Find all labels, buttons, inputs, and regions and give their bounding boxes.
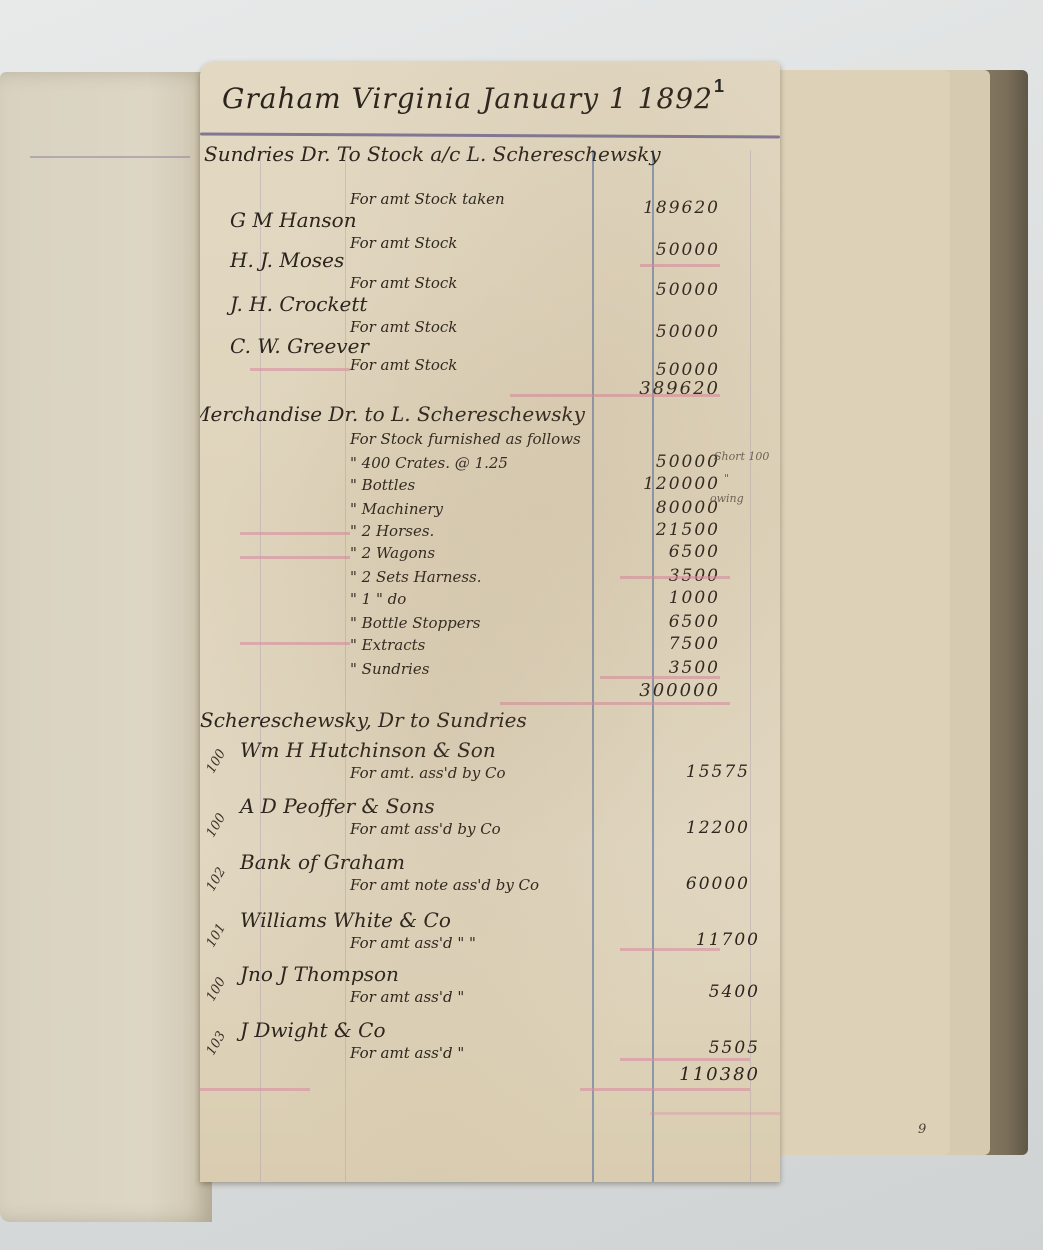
entry-amount: 15575 <box>630 762 750 782</box>
red-rule <box>510 394 720 397</box>
entry-name: H. J. Moses <box>230 248 344 272</box>
red-rule <box>620 948 720 951</box>
red-rule <box>640 264 720 267</box>
entry-desc: For amt Stock <box>350 356 457 374</box>
item-desc: " 400 Crates. @ 1.25 <box>350 454 508 472</box>
margin-rule <box>750 150 751 1182</box>
entry-name: J Dwight & Co <box>240 1018 386 1042</box>
entry-desc: For amt note ass'd by Co <box>350 876 539 894</box>
red-rule <box>240 556 350 559</box>
page-heading: Graham Virginia January 1 1892 <box>222 82 713 115</box>
entry-amount: 50000 <box>600 240 720 260</box>
entry-amount: 50000 <box>600 280 720 300</box>
red-rule <box>620 576 730 579</box>
red-rule <box>600 676 720 679</box>
entry-name: C. W. Greever <box>230 334 369 358</box>
column-rule-dollars <box>592 150 594 1182</box>
entry-name: Wm H Hutchinson & Son <box>240 738 496 762</box>
ledger-page: Graham Virginia January 1 1892 1 Sundrie… <box>200 62 780 1182</box>
red-rule <box>580 1088 750 1091</box>
entry-desc: For amt Stock <box>350 234 457 252</box>
item-amount: 1000 <box>600 588 720 608</box>
red-rule <box>620 1058 750 1061</box>
entry-desc: For amt ass'd " <box>350 988 464 1006</box>
entry-title: L. Schereschewsky, Dr to Sundries <box>200 708 527 732</box>
entry-total: 300000 <box>600 680 720 701</box>
entry-name: A D Peoffer & Sons <box>240 794 435 818</box>
ledger-folio: 100 <box>204 747 229 776</box>
item-desc: " 2 Sets Harness. <box>350 568 482 586</box>
item-amount: 6500 <box>600 542 720 562</box>
item-desc: " Sundries <box>350 660 429 678</box>
item-amount: 7500 <box>600 634 720 654</box>
red-rule <box>650 1112 780 1115</box>
entry-name: J. H. Crockett <box>230 292 367 316</box>
header-rule <box>200 132 780 138</box>
faded-rule-line <box>30 156 190 158</box>
entry-name: Jno J Thompson <box>240 962 399 986</box>
entry-subtitle: For Stock furnished as follows <box>350 430 581 448</box>
red-rule <box>500 702 730 705</box>
item-amount: 120000 <box>600 474 720 494</box>
item-desc: " 2 Wagons <box>350 544 435 562</box>
item-note: " <box>724 472 729 485</box>
entry-amount: 50000 <box>600 360 720 380</box>
entry-amount: 12200 <box>630 818 750 838</box>
entry-desc: For amt. ass'd by Co <box>350 764 505 782</box>
red-rule <box>240 532 350 535</box>
left-page <box>0 72 212 1222</box>
entry-desc: For amt Stock taken <box>350 190 505 208</box>
entry-amount: 5400 <box>640 982 760 1002</box>
red-rule <box>240 642 350 645</box>
entry-total: 110380 <box>640 1064 760 1085</box>
entry-name: Williams White & Co <box>240 908 451 932</box>
entry-desc: For amt ass'd " " <box>350 934 476 952</box>
page-number: 1 <box>714 76 724 97</box>
entry-amount: 60000 <box>630 874 750 894</box>
entry-amount: 189620 <box>600 198 720 218</box>
ledger-folio: 102 <box>204 865 229 894</box>
ledger-folio: 103 <box>204 1029 229 1058</box>
ledger-folio: 101 <box>204 921 229 950</box>
entry-name: Bank of Graham <box>240 850 405 874</box>
item-amount: 21500 <box>600 520 720 540</box>
red-rule <box>250 368 350 371</box>
item-desc: " 2 Horses. <box>350 522 434 540</box>
entry-desc: For amt ass'd " <box>350 1044 464 1062</box>
entry-amount: 50000 <box>600 322 720 342</box>
entry-name: G M Hanson <box>230 208 357 232</box>
entry-desc: For amt Stock <box>350 274 457 292</box>
entry-title: Merchandise Dr. to L. Schereschewsky <box>200 402 585 426</box>
item-desc: " 1 " do <box>350 590 406 608</box>
ledger-folio: 100 <box>204 811 229 840</box>
page-stack-layer <box>780 70 950 1155</box>
entry-amount: 5505 <box>640 1038 760 1058</box>
item-amount: 80000 <box>600 498 720 518</box>
item-amount: 50000 <box>600 452 720 472</box>
item-note: owing <box>710 492 744 505</box>
entry-desc: For amt ass'd by Co <box>350 820 501 838</box>
entry-amount: 11700 <box>640 930 760 950</box>
item-desc: " Extracts <box>350 636 425 654</box>
red-rule <box>200 1088 310 1091</box>
item-desc: " Bottles <box>350 476 415 494</box>
item-amount: 3500 <box>600 658 720 678</box>
corner-mark: 9 <box>918 1122 926 1137</box>
item-desc: " Bottle Stoppers <box>350 614 481 632</box>
entry-title: Sundries Dr. To Stock a/c L. Schereschew… <box>204 142 661 166</box>
item-desc: " Machinery <box>350 500 443 518</box>
ledger-folio: 100 <box>204 975 229 1004</box>
item-note: Short 100 <box>714 450 769 463</box>
item-amount: 6500 <box>600 612 720 632</box>
